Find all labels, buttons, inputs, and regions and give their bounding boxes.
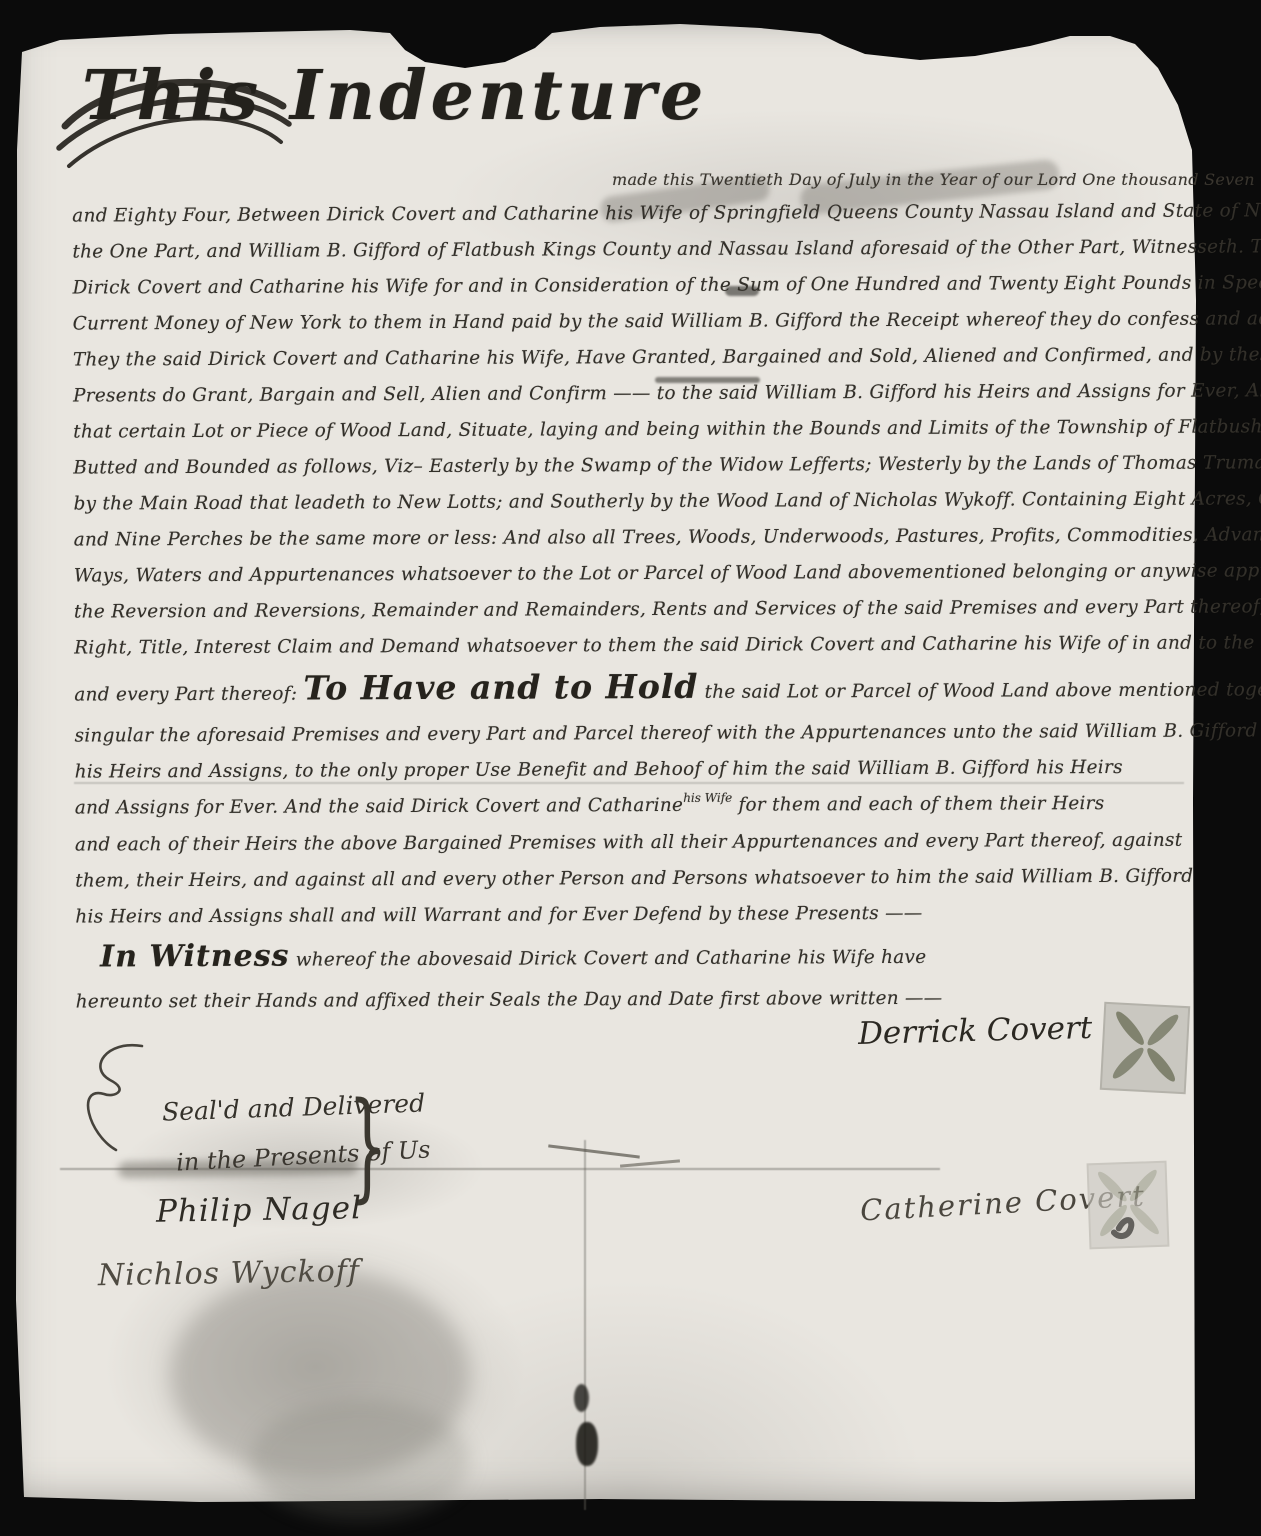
witness-clause-line: In Witness whereof the abovesaid Dirick … [75, 930, 1234, 983]
interlinear-insertion: his Wife [683, 791, 732, 805]
signature-nichlos-wyckoff: Nichlos Wyckoff [98, 1254, 361, 1294]
signature-philip-nagel: Philip Nagel [156, 1190, 363, 1230]
deed-body-text: and Eighty Four, Between Dirick Covert a… [72, 193, 1235, 1021]
manuscript-line: Dirick Covert and Catharine his Wife for… [73, 265, 1232, 306]
manuscript-line: Butted and Bounded as follows, Viz– East… [73, 445, 1232, 486]
manuscript-line: that certain Lot or Piece of Wood Land, … [73, 409, 1232, 450]
manuscript-line: the Reversion and Reversions, Remainder … [74, 589, 1233, 630]
manuscript-line: They the said Dirick Covert and Catharin… [73, 337, 1232, 378]
habendum-post: the said Lot or Parcel of Wood Land abov… [698, 679, 1261, 703]
manuscript-line: singular the aforesaid Premises and ever… [74, 713, 1233, 754]
manuscript-line: his Heirs and Assigns shall and will War… [75, 894, 1234, 935]
habendum-clause-line: and every Part thereof: To Have and to H… [74, 661, 1233, 718]
manuscript-line: his Heirs and Assigns, to the only prope… [75, 749, 1234, 790]
heading-continuation: made this Twentieth Day of July in the Y… [612, 170, 1261, 189]
insertion-pre: and Assigns for Ever. And the said Diric… [75, 795, 683, 819]
witness-rest: whereof the abovesaid Dirick Covert and … [289, 947, 926, 971]
manuscript-line: Ways, Waters and Appurtenances whatsoeve… [74, 553, 1233, 594]
manuscript-line: and Nine Perches be the same more or les… [74, 517, 1233, 558]
document-title: This Indenture [82, 56, 707, 136]
wax-wafer-seal-catherine [1084, 1159, 1171, 1252]
manuscript-line: and each of their Heirs the above Bargai… [75, 822, 1234, 863]
manuscript-line: Current Money of New York to them in Han… [73, 301, 1232, 342]
manuscript-line: and Eighty Four, Between Dirick Covert a… [72, 193, 1231, 234]
habendum-emphasis: To Have and to Hold [303, 667, 698, 708]
attestation-flourish [80, 1040, 165, 1155]
manuscript-line: by the Main Road that leadeth to New Lot… [73, 481, 1232, 522]
witness-emphasis: In Witness [100, 939, 290, 975]
manuscript-line: Right, Title, Interest Claim and Demand … [74, 625, 1233, 666]
manuscript-line: Presents do Grant, Bargain and Sell, Ali… [73, 373, 1232, 414]
habendum-pre: and every Part thereof: [74, 684, 303, 706]
photographed-deed: This Indenture made this Twentieth Day o… [0, 0, 1261, 1536]
manuscript-line: them, their Heirs, and against all and e… [75, 858, 1234, 899]
wax-wafer-seal-derrick [1098, 1000, 1193, 1097]
manuscript-line: the One Part, and William B. Gifford of … [72, 229, 1231, 270]
insertion-post: for them and each of them their Heirs [732, 793, 1104, 816]
manuscript-line-with-insertion: and Assigns for Ever. And the said Diric… [75, 785, 1234, 827]
